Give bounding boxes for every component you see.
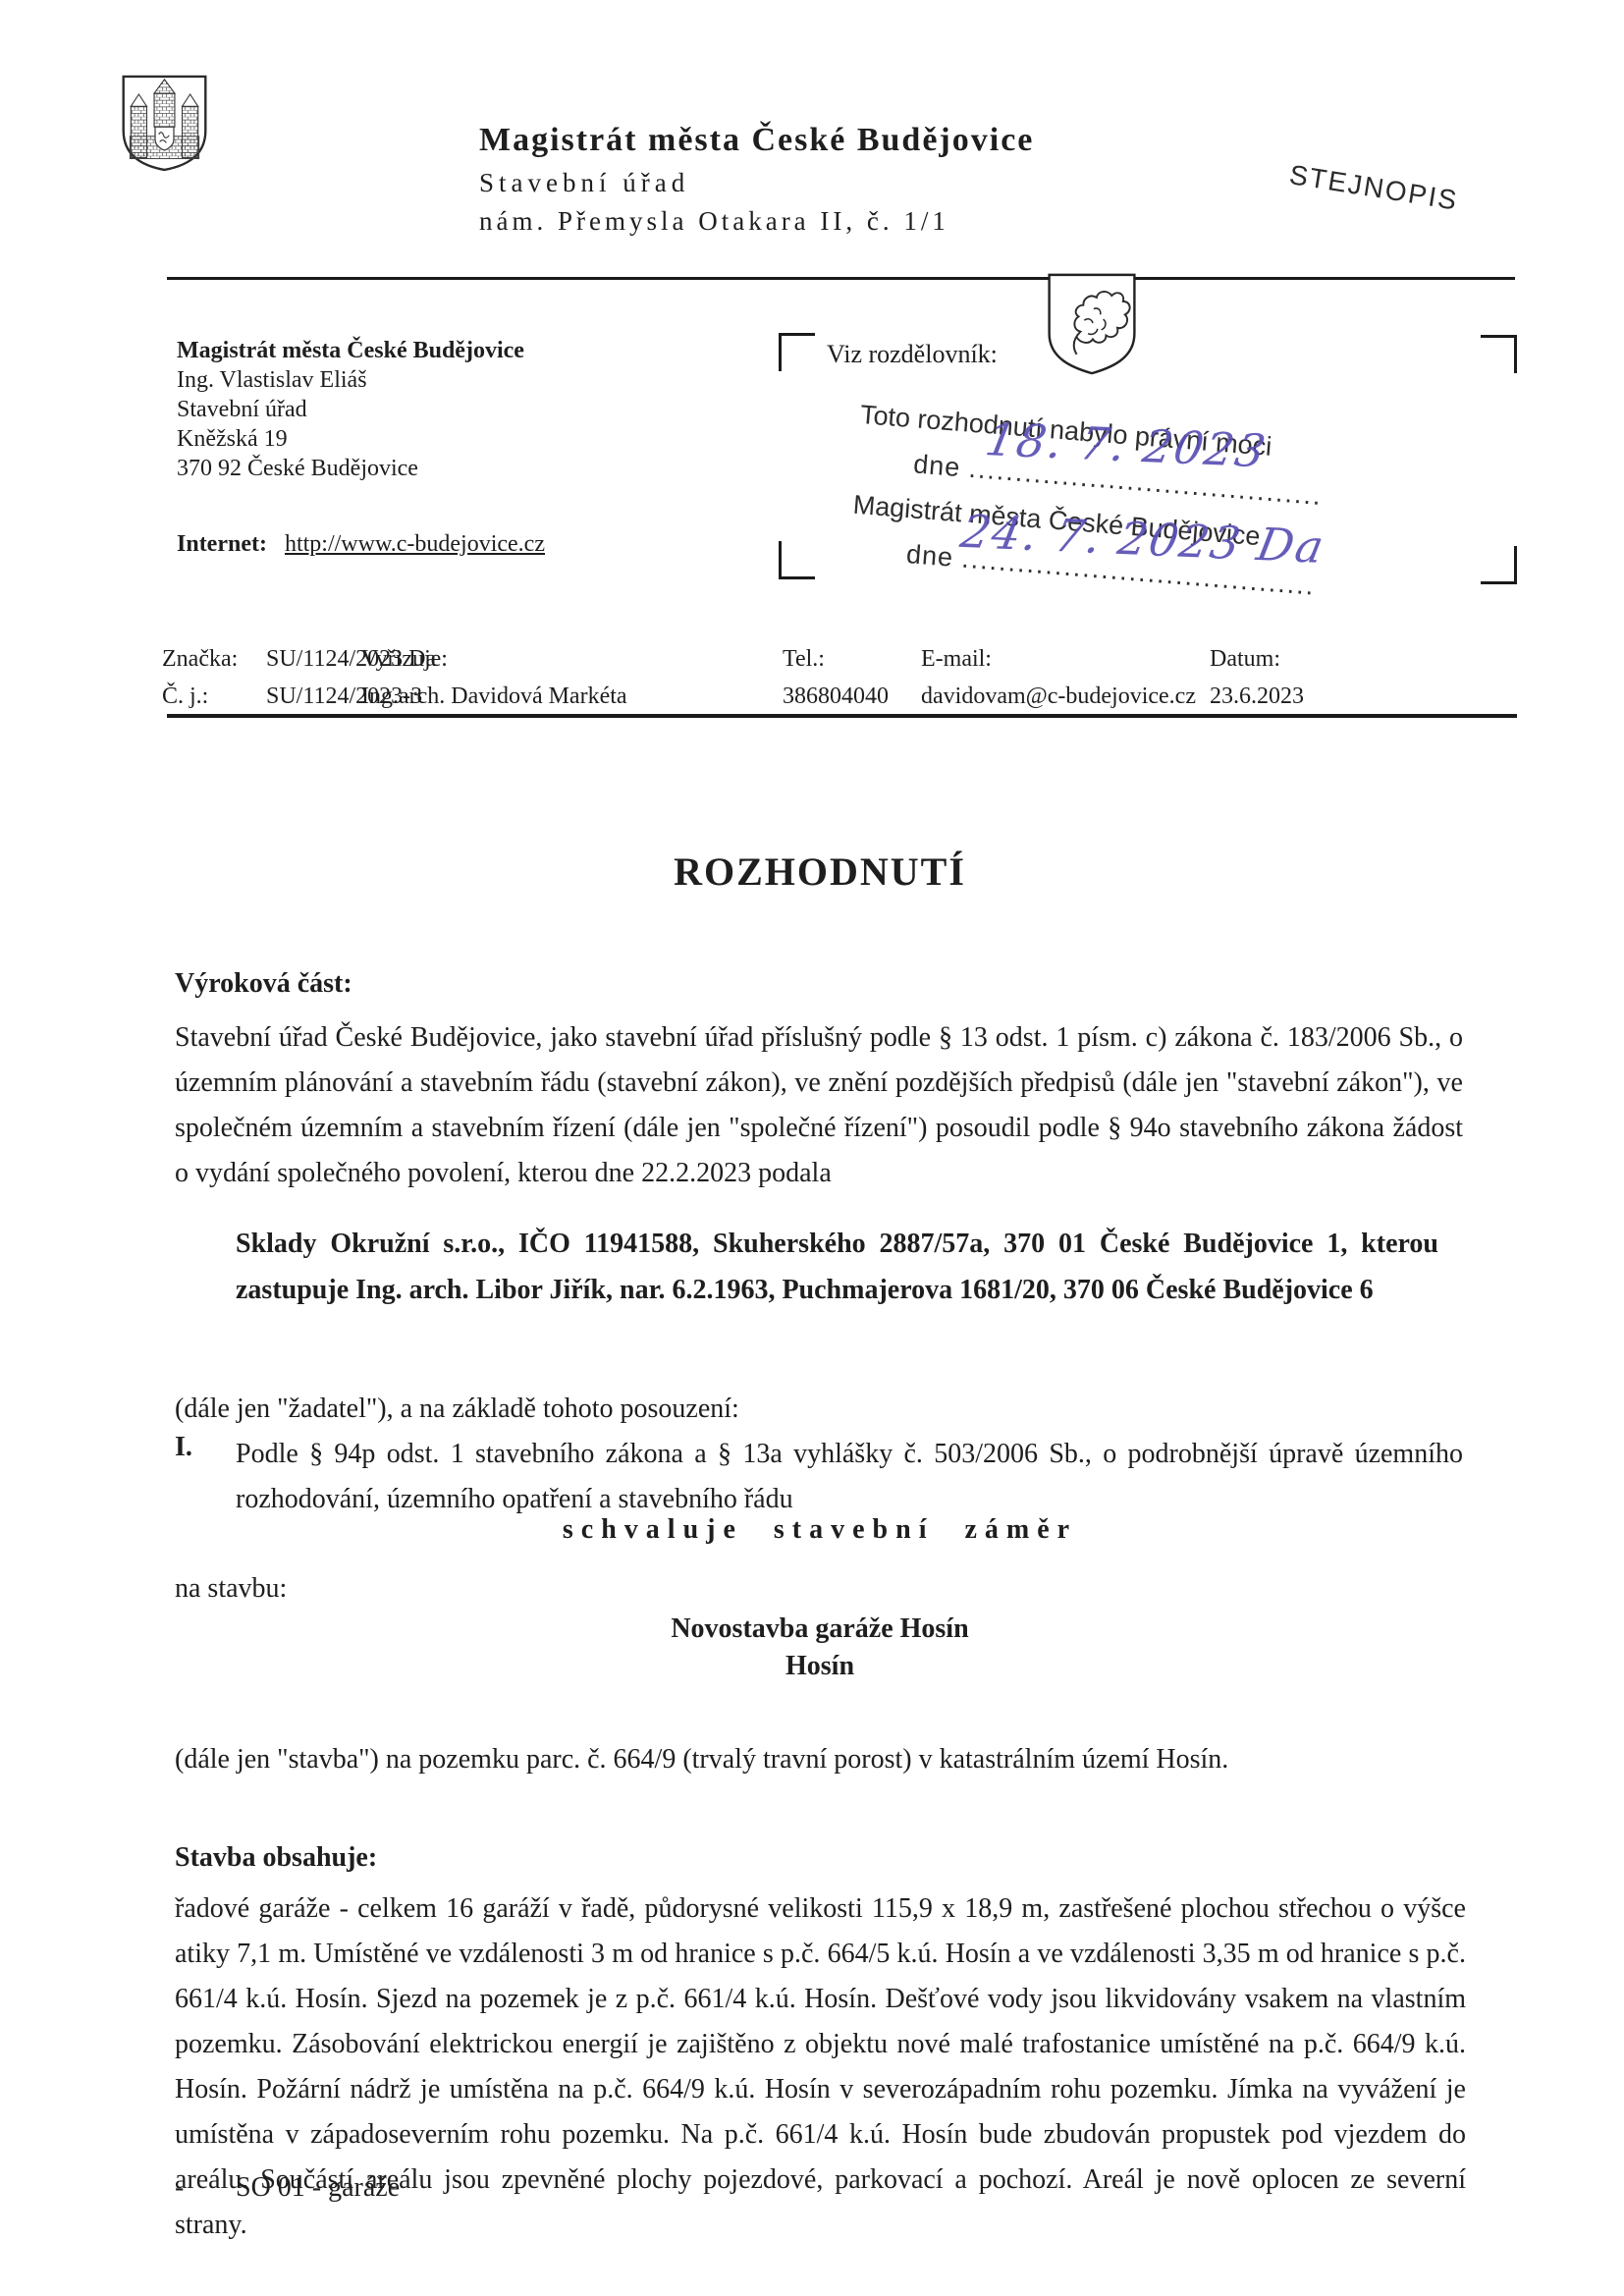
sender-department: Stavební úřad <box>177 395 524 424</box>
ref-email: E-mail: davidovam@c-budejovice.cz <box>921 640 1196 715</box>
sender-street: Kněžská 19 <box>177 424 524 454</box>
reference-divider <box>167 714 1517 718</box>
ref-vyrizuje-label: Vyřizuje: <box>361 640 627 678</box>
ref-tel-value: 386804040 <box>783 678 889 715</box>
corner-mark-top-right <box>1481 335 1517 373</box>
list-item-dash: - <box>175 2165 184 2211</box>
ref-tel-label: Tel.: <box>783 640 889 678</box>
page-title: ROZHODNUTÍ <box>167 848 1473 895</box>
document-page: Magistrát města České Budějovice Stavebn… <box>0 0 1624 2296</box>
ref-handler: Vyřizuje: Ing.arch. Davidová Markéta <box>361 640 627 715</box>
vyrokova-cast-heading: Výroková část: <box>175 968 352 1000</box>
ref-datum-value: 23.6.2023 <box>1210 678 1304 715</box>
sender-city: 370 92 České Budějovice <box>177 454 524 483</box>
czech-lion-shield <box>1044 271 1140 382</box>
ref-vyrizuje-value: Ing.arch. Davidová Markéta <box>361 678 627 715</box>
paragraph-stavba-parcel: (dále jen "stavba") na pozemku parc. č. … <box>175 1737 1228 1782</box>
ref-date: Datum: 23.6.2023 <box>1210 640 1304 715</box>
internet-label: Internet: <box>177 531 267 557</box>
letterhead-department: Stavební úřad <box>479 168 1034 198</box>
item-one-numeral: I. <box>175 1432 192 1463</box>
header-divider <box>167 277 1515 280</box>
ref-znacka-label: Značka: <box>162 640 260 678</box>
corner-mark-bottom-right <box>1481 546 1517 584</box>
corner-mark-bottom-left <box>779 541 815 579</box>
internet-line: Internet: http://www.c-budejovice.cz <box>177 531 545 558</box>
approval-statement: schvaluje stavební záměr <box>167 1514 1473 1546</box>
sender-person: Ing. Vlastislav Eliáš <box>177 365 524 395</box>
handwritten-date-legal-force: 18. 7. 2023 <box>982 416 1271 473</box>
paragraph-authority: Stavební úřad České Budějovice, jako sta… <box>175 1015 1463 1196</box>
letterhead-address: nám. Přemysla Otakara II, č. 1/1 <box>479 206 1034 237</box>
sender-block: Magistrát města České Budějovice Ing. Vl… <box>177 336 524 483</box>
ref-phone: Tel.: 386804040 <box>783 640 889 715</box>
city-emblem-logo <box>118 71 211 179</box>
ref-datum-label: Datum: <box>1210 640 1304 678</box>
ref-cj-label: Č. j.: <box>162 678 260 715</box>
item-one-text: Podle § 94p odst. 1 stavebního zákona a … <box>236 1432 1463 1522</box>
sender-org: Magistrát města České Budějovice <box>177 336 524 365</box>
list-item-so01: SO 01 - garáže <box>236 2165 400 2211</box>
applicant-block: Sklady Okružní s.r.o., IČO 11941588, Sku… <box>236 1221 1438 1313</box>
stejnopis-copy-stamp: STEJNOPIS <box>1287 159 1460 217</box>
corner-mark-top-left <box>779 333 815 371</box>
recipient-label: Viz rozdělovník: <box>827 340 998 369</box>
letterhead: Magistrát města České Budějovice Stavebn… <box>479 122 1034 237</box>
internet-url-link[interactable]: http://www.c-budejovice.cz <box>285 531 545 557</box>
na-stavbu-label: na stavbu: <box>175 1566 287 1612</box>
letterhead-org-name: Magistrát města České Budějovice <box>479 122 1034 159</box>
project-locality: Hosín <box>167 1651 1473 1682</box>
stavba-obsahuje-heading: Stavba obsahuje: <box>175 1842 377 1874</box>
paragraph-zadatel: (dále jen "žadatel"), a na základě tohot… <box>175 1387 739 1432</box>
legal-force-stamp: Toto rozhodnutí nabylo právní moci dne .… <box>848 392 1470 620</box>
ref-email-value: davidovam@c-budejovice.cz <box>921 678 1196 715</box>
project-name: Novostavba garáže Hosín <box>167 1613 1473 1645</box>
ref-email-label: E-mail: <box>921 640 1196 678</box>
